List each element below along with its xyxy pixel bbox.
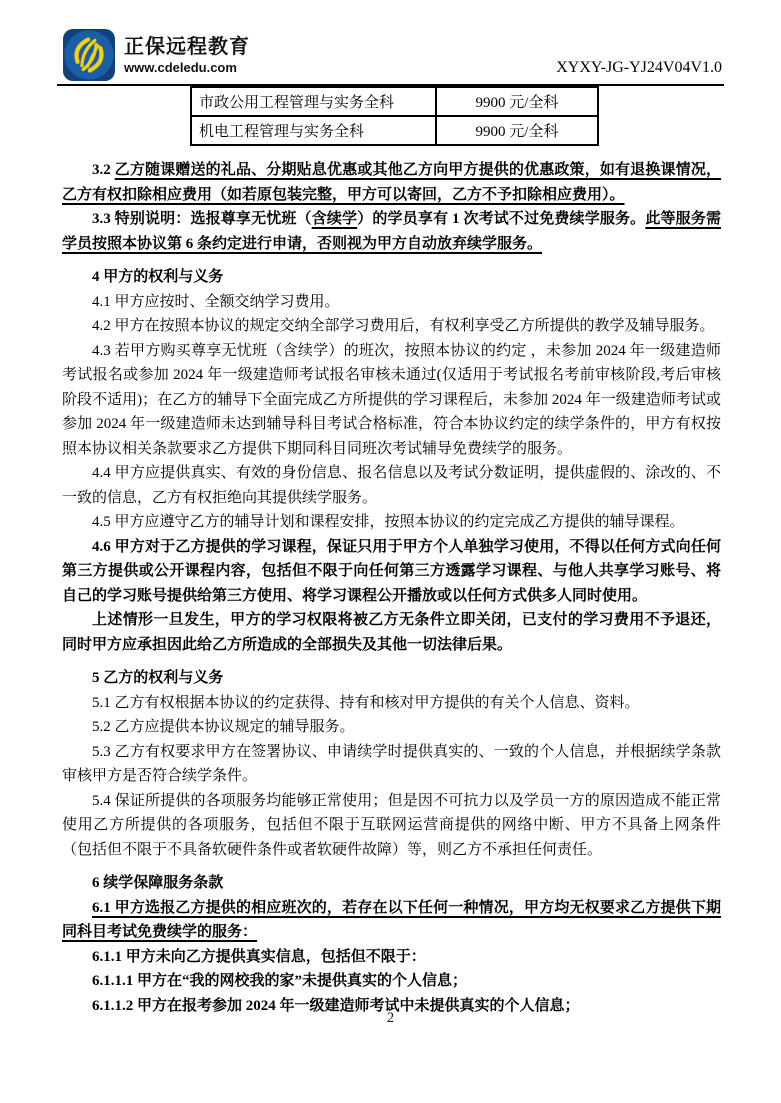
text-segment: 4.1 甲方应按时、全额交纳学习费用。	[92, 294, 340, 310]
course-price-cell: 9900 元/全科	[436, 87, 598, 116]
contract-paragraph: 3.3 特别说明：选报尊享无忧班（含续学）的学员享有 1 次考试不过免费续学服务…	[62, 207, 721, 256]
price-table-body: 市政公用工程管理与实务全科9900 元/全科机电工程管理与实务全科9900 元/…	[191, 87, 598, 145]
contract-paragraph: 6.1.1 甲方未向乙方提供真实信息，包括但不限于：	[62, 945, 721, 970]
brand-text-block: 正保远程教育 www.cdeledu.com	[124, 35, 250, 76]
price-table-row: 市政公用工程管理与实务全科9900 元/全科	[191, 87, 598, 116]
contract-paragraph: 6.1.1.1 甲方在“我的网校我的家”未提供真实的个人信息；	[62, 969, 721, 994]
text-segment: 6.1 甲方选报乙方提供的相应班次的，若存在以下任何一种情况，甲方均无权要求乙方…	[62, 900, 721, 941]
contract-paragraph: 5.4 保证所提供的各项服务均能够正常使用；但是因不可抗力以及学员一方的原因造成…	[62, 789, 721, 863]
text-segment: 5.2 乙方应提供本协议规定的辅导服务。	[92, 719, 355, 735]
course-name-cell: 市政公用工程管理与实务全科	[191, 87, 436, 116]
text-segment: 4.2 甲方在按照本协议的规定交纳全部学习费用后，有权利享受乙方所提供的教学及辅…	[92, 318, 715, 334]
page-number: 2	[0, 1010, 781, 1027]
contract-paragraph: 5.3 乙方有权要求甲方在签署协议、申请续学时提供真实的、一致的个人信息，并根据…	[62, 740, 721, 789]
text-segment: 上述情形一旦发生，甲方的学习权限将被乙方无条件立即关闭，已支付的学习费用不予退还…	[62, 612, 721, 653]
text-segment: 3.2	[92, 162, 115, 178]
contract-paragraph: 4.1 甲方应按时、全额交纳学习费用。	[62, 290, 721, 315]
course-price-cell: 9900 元/全科	[436, 116, 598, 145]
contract-paragraph: 6.1 甲方选报乙方提供的相应班次的，若存在以下任何一种情况，甲方均无权要求乙方…	[62, 896, 721, 945]
section-heading: 4 甲方的权利与义务	[62, 265, 721, 290]
text-segment: 6 续学保障服务条款	[92, 875, 223, 891]
price-table-row: 机电工程管理与实务全科9900 元/全科	[191, 116, 598, 145]
text-segment: 含续学	[312, 211, 357, 227]
contract-paragraph: 4.3 若甲方购买尊享无忧班（含续学）的班次，按照本协议的约定 ，未参加 202…	[62, 339, 721, 462]
contract-paragraph: 3.2 乙方随课赠送的礼品、分期贴息优惠或其他乙方向甲方提供的优惠政策，如有退换…	[62, 158, 721, 207]
contract-paragraph: 4.2 甲方在按照本协议的规定交纳全部学习费用后，有权利享受乙方所提供的教学及辅…	[62, 314, 721, 339]
text-segment: 4 甲方的权利与义务	[92, 269, 223, 285]
text-segment: 5.1 乙方有权根据本协议的约定获得、持有和核对甲方提供的有关个人信息、资料。	[92, 695, 640, 711]
contract-paragraph: 5.2 乙方应提供本协议规定的辅导服务。	[62, 715, 721, 740]
text-segment: 5 乙方的权利与义务	[92, 670, 223, 686]
price-table: 市政公用工程管理与实务全科9900 元/全科机电工程管理与实务全科9900 元/…	[190, 86, 599, 146]
text-segment: 4.3 若甲方购买尊享无忧班（含续学）的班次，按照本协议的约定 ，未参加 202…	[62, 343, 721, 457]
contract-paragraph: 4.6 甲方对于乙方提供的学习课程，保证只用于甲方个人单独学习使用，不得以任何方…	[62, 535, 721, 609]
document-code: XYXY-JG-YJ24V04V1.0	[556, 59, 722, 77]
contract-paragraph: 上述情形一旦发生，甲方的学习权限将被乙方无条件立即关闭，已支付的学习费用不予退还…	[62, 608, 721, 657]
section-heading: 6 续学保障服务条款	[62, 871, 721, 896]
section-heading: 5 乙方的权利与义务	[62, 666, 721, 691]
text-segment: 6.1.1.1 甲方在“我的网校我的家”未提供真实的个人信息；	[92, 973, 467, 989]
contract-document-page: 正保远程教育 www.cdeledu.com XYXY-JG-YJ24V04V1…	[0, 0, 781, 1103]
text-segment: 5.4 保证所提供的各项服务均能够正常使用；但是因不可抗力以及学员一方的原因造成…	[62, 793, 721, 858]
company-logo-icon	[63, 29, 115, 81]
contract-paragraph: 5.1 乙方有权根据本协议的约定获得、持有和核对甲方提供的有关个人信息、资料。	[62, 691, 721, 716]
text-segment: 5.3 乙方有权要求甲方在签署协议、申请续学时提供真实的、一致的个人信息，并根据…	[62, 744, 721, 785]
contract-paragraph: 4.5 甲方应遵守乙方的辅导计划和课程安排，按照本协议的约定完成乙方提供的辅导课…	[62, 510, 721, 535]
header-brand: 正保远程教育 www.cdeledu.com	[63, 29, 250, 81]
brand-name: 正保远程教育	[124, 35, 250, 59]
text-segment: 乙方随课赠送的礼品、分期贴息优惠或其他乙方向甲方提供的优惠政策，如有退换课情况，…	[62, 162, 721, 203]
course-name-cell: 机电工程管理与实务全科	[191, 116, 436, 145]
contract-body: 3.2 乙方随课赠送的礼品、分期贴息优惠或其他乙方向甲方提供的优惠政策，如有退换…	[62, 158, 721, 1018]
text-segment: 4.5 甲方应遵守乙方的辅导计划和课程安排，按照本协议的约定完成乙方提供的辅导课…	[92, 514, 685, 530]
text-segment: 3.3 特别说明：选报尊享无忧班（	[92, 211, 312, 227]
text-segment: 4.4 甲方应提供真实、有效的身份信息、报名信息以及考试分数证明，提供虚假的、涂…	[62, 465, 721, 506]
brand-website: www.cdeledu.com	[124, 59, 250, 76]
text-segment: 4.6 甲方对于乙方提供的学习课程，保证只用于甲方个人单独学习使用，不得以任何方…	[62, 539, 721, 604]
contract-paragraph: 4.4 甲方应提供真实、有效的身份信息、报名信息以及考试分数证明，提供虚假的、涂…	[62, 461, 721, 510]
text-segment: ）的学员享有 1 次考试不过免费续学服务。	[357, 211, 645, 227]
text-segment: 6.1.1 甲方未向乙方提供真实信息，包括但不限于：	[92, 949, 426, 965]
